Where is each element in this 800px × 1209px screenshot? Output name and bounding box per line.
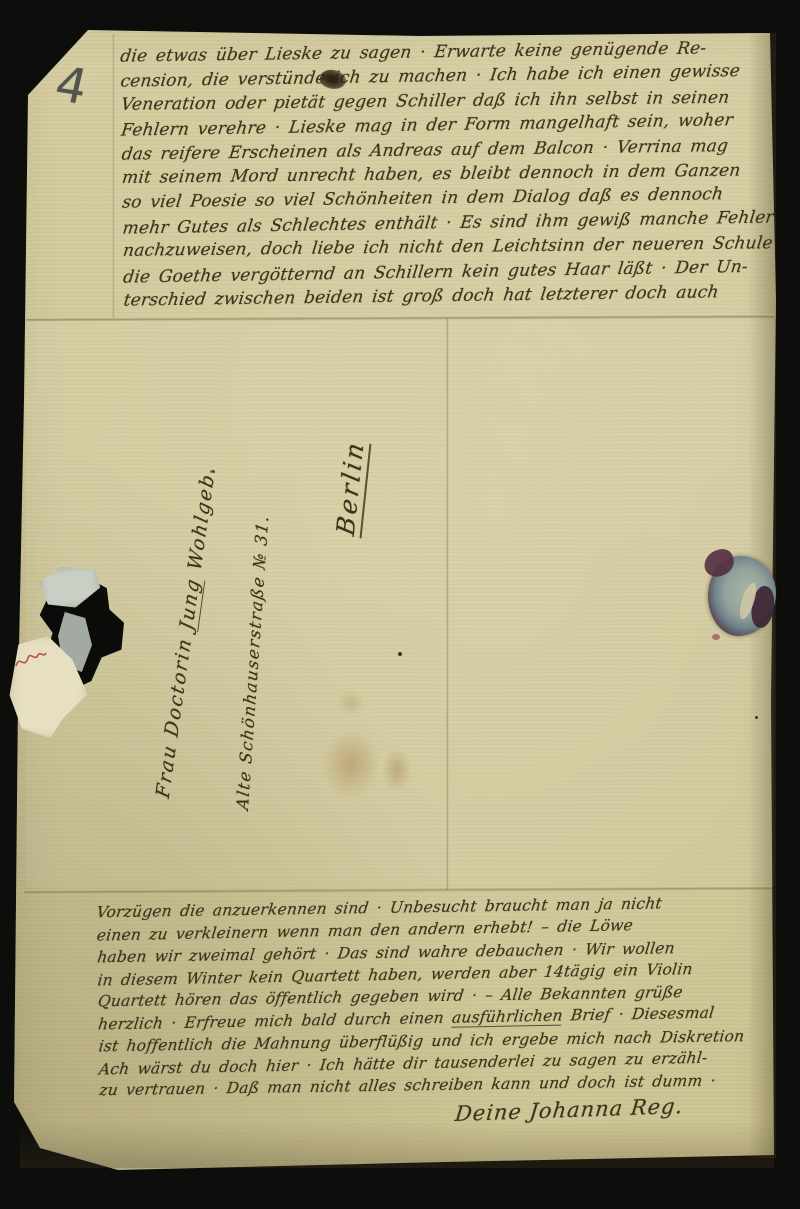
wax-seal-remnant [708,556,776,636]
fold-crease-vertical-topleft [112,34,115,318]
fold-crease-vertical-middle [446,318,449,890]
line-text: Brief · Diesesmal [562,1004,716,1025]
red-wax-mark [14,646,48,672]
bottom-handwriting-block: Vorzügen die anzuerkennen sind · Unbesuc… [96,891,775,1102]
foxing-stain [338,690,364,716]
ink-speck [398,652,402,656]
foxing-stain [382,748,412,792]
foxing-stain [322,730,380,798]
ink-speck [755,716,758,719]
top-handwriting-block: die etwas über Lieske zu sagen · Erwarte… [120,35,784,313]
paper-edge-shadow-bottom [20,1120,774,1168]
seal-speck [712,634,720,640]
address-panel-tint [26,320,774,886]
ink-speck [210,470,213,473]
scanned-letter-screenshot: { "page": { "number": "4" }, "colors": {… [0,0,800,1209]
underlined-word: ausführlichen [451,1007,564,1028]
